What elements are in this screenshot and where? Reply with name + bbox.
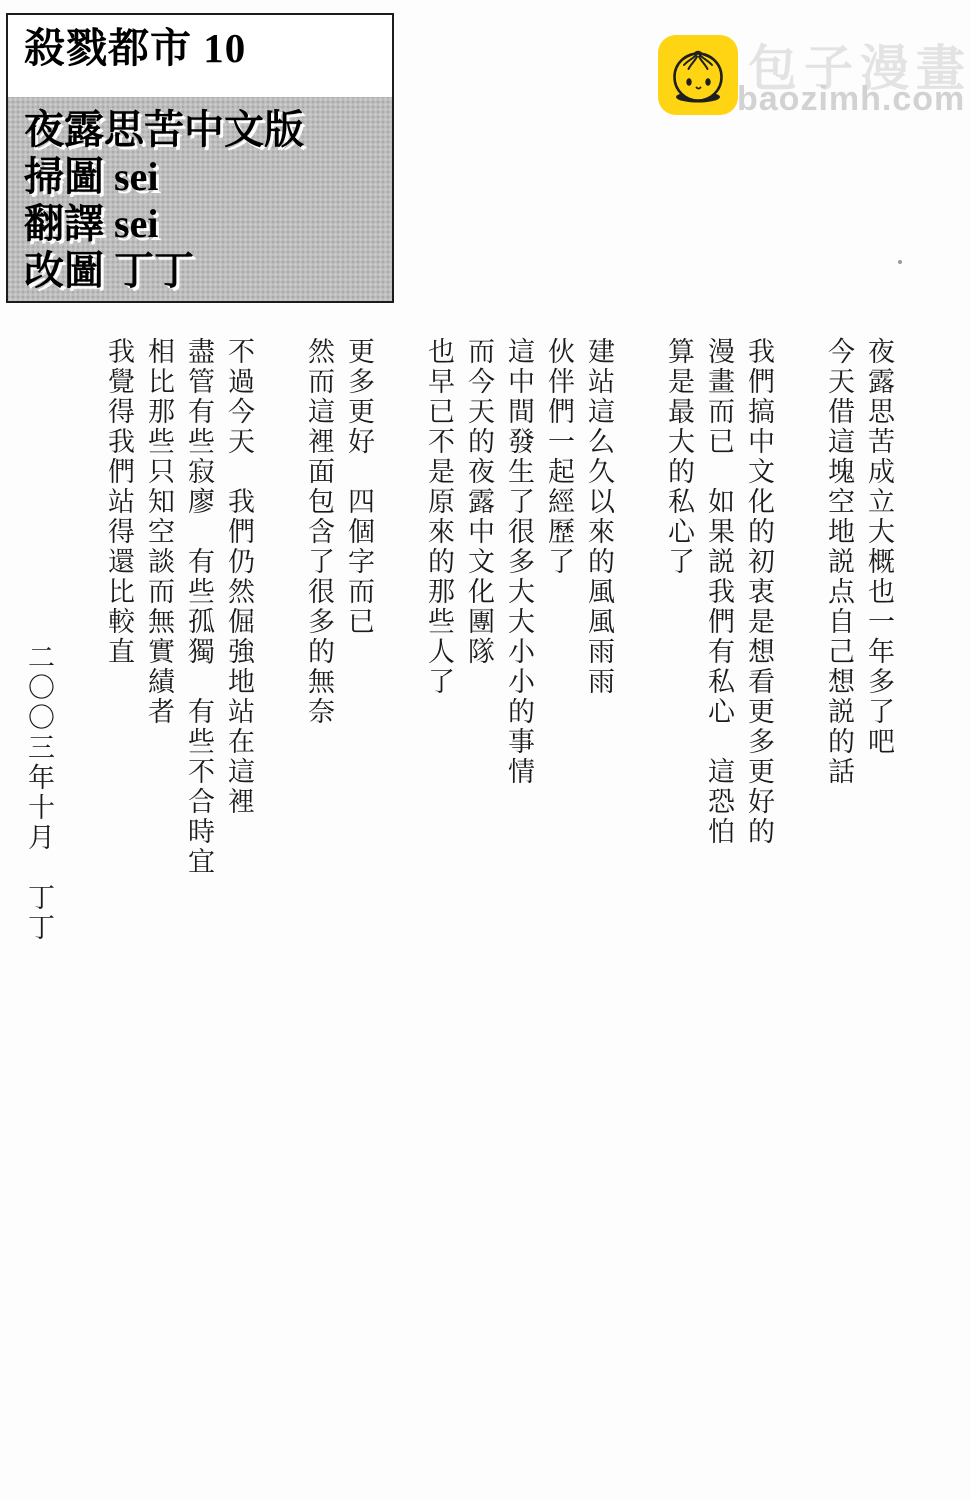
text-column: 也早已不是原來的那些人了: [419, 337, 459, 943]
text-column: 今天借這塊空地説点自己想説的話: [819, 337, 859, 943]
scanlation-group-name: 夜露思苦中文版: [24, 106, 392, 153]
text-column: 建站這么久以來的風風雨雨: [579, 337, 619, 943]
afterword-paragraph-5: 不過今天 我們仍然倔強地站在這裡盡管有些寂廖 有些孤獨 有些不合時宜相比那些只知…: [99, 337, 259, 943]
text-column: 我覺得我們站得還比較直: [99, 337, 139, 943]
afterword-paragraph-1: 夜露思苦成立大概也一年多了吧今天借這塊空地説点自己想説的話: [819, 337, 899, 943]
text-column: 更多更好 四個字而已: [339, 337, 379, 943]
baozi-bun-icon: [658, 35, 738, 115]
text-column: 然而這裡面包含了很多的無奈: [299, 337, 339, 943]
text-column: 夜露思苦成立大概也一年多了吧: [859, 337, 899, 943]
afterword-paragraph-2: 我們搞中文化的初衷是想看更多更好的漫畫而已 如果説我們有私心 這恐怕算是最大的私…: [659, 337, 779, 943]
editing-credit: 改圖 丁丁: [24, 247, 392, 294]
afterword-paragraph-3: 建站這么久以來的風風雨雨伙伴們一起經歷了這中間發生了很多大大小小的事情而今天的夜…: [419, 337, 619, 943]
translation-credit: 翻譯 sei: [24, 200, 392, 247]
signature-column: 二〇〇三年十月 丁丁: [19, 337, 59, 943]
volume-title: 殺戮都市 10: [8, 15, 392, 97]
scan-artifact-dot: [898, 260, 902, 264]
afterword-paragraph-4: 更多更好 四個字而已然而這裡面包含了很多的無奈: [299, 337, 379, 943]
credit-panel: 夜露思苦中文版 掃圖 sei 翻譯 sei 改圖 丁丁: [8, 97, 392, 301]
text-column: 漫畫而已 如果説我們有私心 這恐怕: [699, 337, 739, 943]
text-column: 伙伴們一起經歷了: [539, 337, 579, 943]
text-column: 我們搞中文化的初衷是想看更多更好的: [739, 337, 779, 943]
text-column: 算是最大的私心了: [659, 337, 699, 943]
afterword-signature: 二〇〇三年十月 丁丁: [19, 337, 59, 943]
manga-afterword-page: { "credit_box": { "title": "殺戮都市 10", "g…: [0, 0, 971, 1500]
text-column: 相比那些只知空談而無實績者: [139, 337, 179, 943]
scan-credit: 掃圖 sei: [24, 153, 392, 200]
text-column: 不過今天 我們仍然倔強地站在這裡: [219, 337, 259, 943]
watermark-domain-text: baozimh.com: [737, 80, 965, 119]
text-column: 而今天的夜露中文化團隊: [459, 337, 499, 943]
credit-box: 殺戮都市 10 夜露思苦中文版 掃圖 sei 翻譯 sei 改圖 丁丁: [6, 13, 394, 303]
text-column: 這中間發生了很多大大小小的事情: [499, 337, 539, 943]
text-column: 盡管有些寂廖 有些孤獨 有些不合時宜: [179, 337, 219, 943]
afterword-text: 夜露思苦成立大概也一年多了吧今天借這塊空地説点自己想説的話我們搞中文化的初衷是想…: [19, 337, 899, 943]
